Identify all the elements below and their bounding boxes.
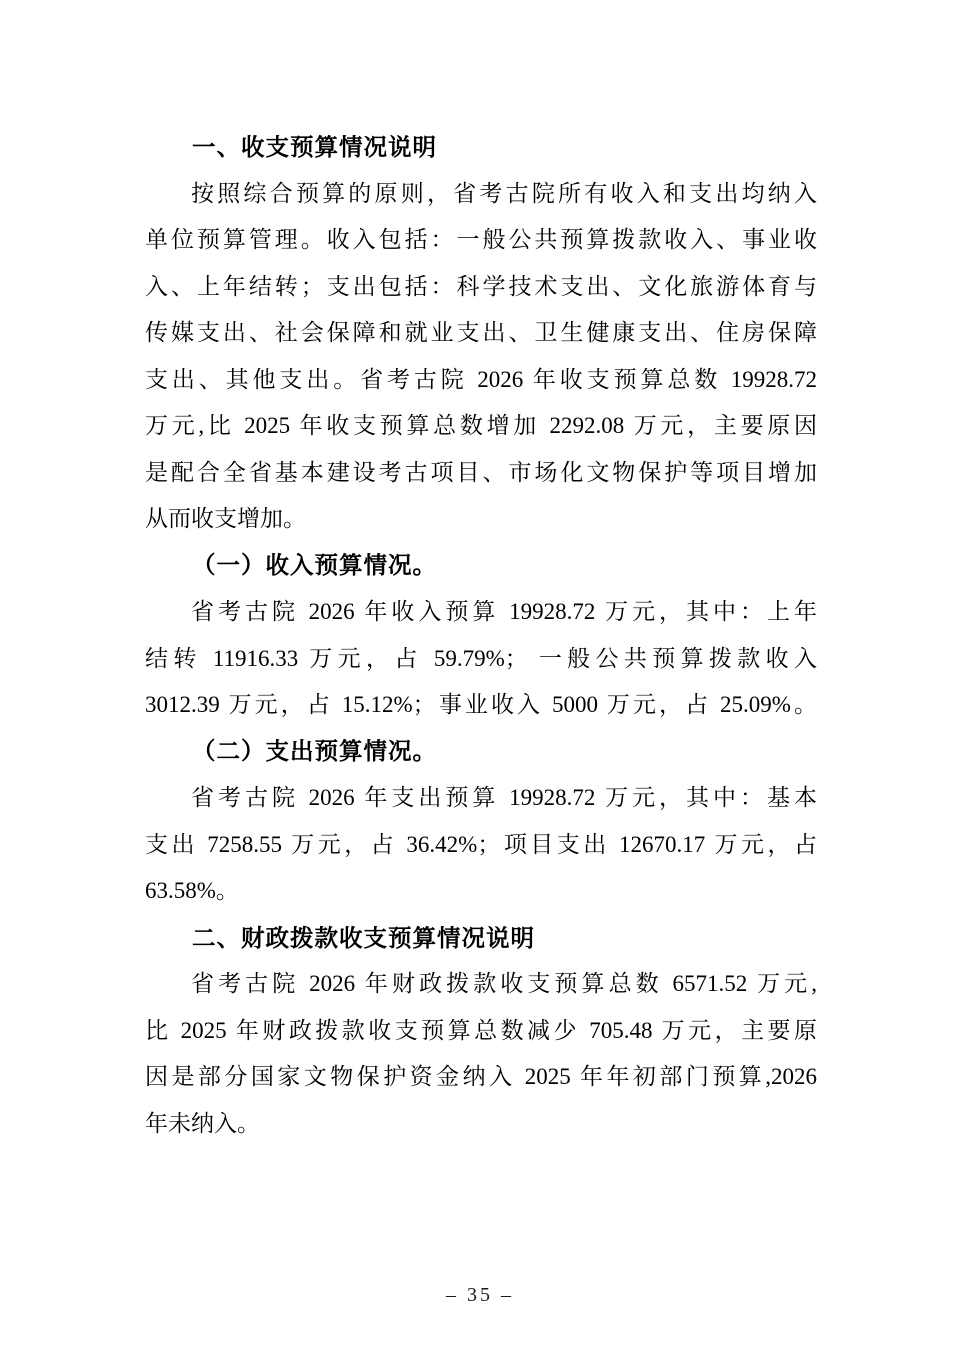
text-line: 传媒支出、社会保障和就业支出、卫生健康支出、住房保障 (145, 310, 817, 357)
text-line: 从而收支增加。 (145, 496, 817, 543)
text-line: 年未纳入。 (145, 1101, 817, 1148)
text-line: 省考古院 2026 年支出预算 19928.72 万元，其中：基本 (145, 775, 817, 822)
text-line: 支出、其他支出。省考古院 2026 年收支预算总数 19928.72 (145, 357, 817, 404)
paragraph-income-budget: 省考古院 2026 年收入预算 19928.72 万元，其中：上年 结转 119… (145, 589, 817, 729)
paragraph-fiscal-appropriation: 省考古院 2026 年财政拨款收支预算总数 6571.52 万元, 比 2025… (145, 961, 817, 1147)
text-line: 63.58%。 (145, 868, 817, 915)
text-line: 按照综合预算的原则，省考古院所有收入和支出均纳入 (145, 171, 817, 218)
text-line: 3012.39 万元，占 15.12%；事业收入 5000 万元，占 25.09… (145, 682, 817, 729)
text-line: 结转 11916.33 万元，占 59.79%； 一般公共预算拨款收入 (145, 636, 817, 683)
text-line: 万元,比 2025 年收支预算总数增加 2292.08 万元，主要原因 (145, 403, 817, 450)
subsection-heading-income-budget: （一）收入预算情况。 (145, 543, 817, 590)
text-line: 支出 7258.55 万元，占 36.42%；项目支出 12670.17 万元，… (145, 822, 817, 869)
paragraph-expense-budget: 省考古院 2026 年支出预算 19928.72 万元，其中：基本 支出 725… (145, 775, 817, 915)
subsection-heading-expense-budget: （二）支出预算情况。 (145, 729, 817, 776)
text-line: 单位预算管理。收入包括：一般公共预算拨款收入、事业收 (145, 217, 817, 264)
text-line: 入、上年结转；支出包括：科学技术支出、文化旅游体育与 (145, 264, 817, 311)
text-line: 省考古院 2026 年收入预算 19928.72 万元，其中：上年 (145, 589, 817, 636)
section-heading-fiscal-appropriation: 二、财政拨款收支预算情况说明 (145, 915, 817, 962)
page-number: – 35 – (0, 1281, 960, 1309)
paragraph-budget-overview: 按照综合预算的原则，省考古院所有收入和支出均纳入 单位预算管理。收入包括：一般公… (145, 171, 817, 543)
text-line: 比 2025 年财政拨款收支预算总数减少 705.48 万元，主要原 (145, 1008, 817, 1055)
document-page: 一、收支预算情况说明 按照综合预算的原则，省考古院所有收入和支出均纳入 单位预算… (0, 0, 960, 1357)
text-line: 省考古院 2026 年财政拨款收支预算总数 6571.52 万元, (145, 961, 817, 1008)
document-body: 一、收支预算情况说明 按照综合预算的原则，省考古院所有收入和支出均纳入 单位预算… (145, 124, 817, 1147)
text-line: 因是部分国家文物保护资金纳入 2025 年年初部门预算,2026 (145, 1054, 817, 1101)
text-line: 是配合全省基本建设考古项目、市场化文物保护等项目增加 (145, 450, 817, 497)
section-heading-budget-overview: 一、收支预算情况说明 (145, 124, 817, 171)
